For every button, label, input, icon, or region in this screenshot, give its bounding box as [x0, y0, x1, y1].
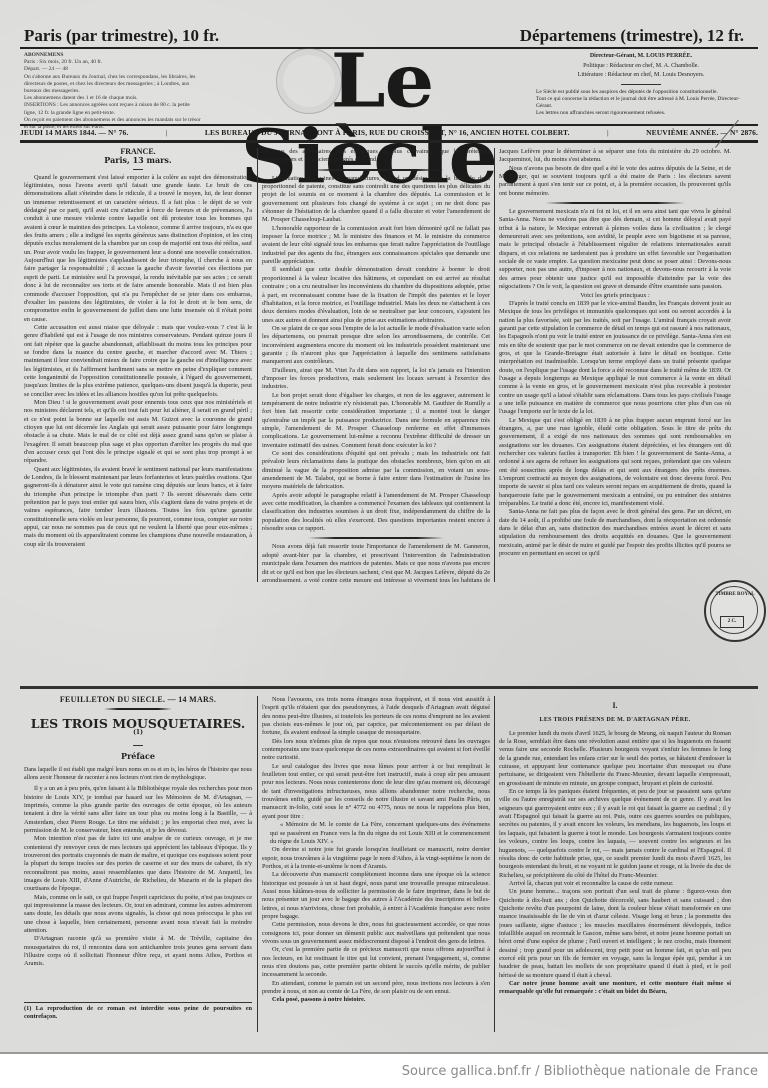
article-paragraph: D'après le traité conclu en 1839 par le …	[499, 300, 731, 417]
column-divider	[494, 148, 495, 582]
article-paragraph: Nous avons déjà fait ressortir toute l'i…	[262, 543, 490, 582]
novel-paragraph: Le seul catalogue des livres que nous lû…	[262, 763, 490, 821]
article-continuation: en nous des adversaires plus énergiques …	[262, 148, 490, 165]
short-rule	[133, 745, 143, 746]
divider-bar: |	[158, 128, 176, 137]
article-paragraph: D'ailleurs, ainsi que M. Vitet l'a dit d…	[262, 367, 490, 392]
article-paragraph: L'honorable rapporteur de la commission …	[262, 225, 490, 267]
dateline-bottom-rule	[20, 140, 758, 143]
article-paragraph: On se plaint de ce que sous l'empire de …	[262, 325, 490, 367]
novel-quote: « Mémoire de M. le comte de La Fère, con…	[262, 821, 490, 846]
section-dateline: Paris, 13 mars.	[24, 156, 252, 164]
article-paragraph: Le gouvernement mexicain n'a ni foi ni l…	[499, 208, 731, 291]
feuilleton-separator	[20, 686, 758, 689]
price-paris: Paris (par trimestre), 10 fr.	[24, 26, 219, 46]
note-1: Le Siècle est publié sous les auspices d…	[536, 89, 746, 96]
novel-paragraph: Cette permission, nous devons le dire, n…	[262, 921, 490, 946]
editors-block: Directeur-Gérant, M. LOUIS PERRÉE. Polit…	[536, 52, 746, 117]
editors-divider	[621, 84, 661, 85]
article-continuation: Jacques Lefèvre pour le déterminer à se …	[499, 148, 731, 165]
subscriptions-insertions: INSERTIONS : Les annonces agréées sont r…	[24, 102, 202, 116]
novel-paragraph: Mais, comme on le sait, ce qui frappe l'…	[24, 894, 252, 936]
article-divider	[545, 202, 684, 204]
novel-paragraph: D'Artagnan raconte qu'à sa première visi…	[24, 935, 252, 968]
politique-editor: Politique : Rédacteur en chef, M. A. Cha…	[536, 62, 746, 72]
note-2: Tout ce qui concerne la rédaction et le …	[536, 96, 746, 110]
issue-date: JEUDI 14 MARS 1844. — N° 76.	[20, 128, 128, 137]
article-paragraph: Nous n'avons pas besoin de dire quel a é…	[499, 165, 731, 198]
article-paragraph: Ce sont des considérations d'équité qui …	[262, 450, 490, 492]
article-paragraph: Cette accusation est aussi niaise que dé…	[24, 324, 252, 399]
director-line: Directeur-Gérant, M. LOUIS PERRÉE.	[536, 52, 746, 62]
article-paragraph: Quand le gouvernement s'est laissé empor…	[24, 174, 252, 324]
article-paragraph: Après avoir adopté le paragraphe relatif…	[262, 492, 490, 534]
royal-stamp-postmark: TIMBRE ROYAL 2 C.	[704, 580, 766, 642]
footnote-mark: (1)	[133, 729, 143, 736]
price-departements: Départemens (trimestre), 12 fr.	[520, 26, 744, 46]
novel-paragraph: Le premier lundi du mois d'avril 1625, l…	[499, 730, 731, 788]
newspaper-page: Paris (par trimestre), 10 fr. Départemen…	[0, 0, 768, 1052]
novel-paragraph: Un jeune homme... traçons son portrait d…	[499, 888, 731, 980]
feuilleton-column-3: I. LES TROIS PRÉSENS DE M. D'ARTAGNAN PÈ…	[499, 696, 731, 1032]
footnote: (1) La reproduction de ce roman est inte…	[24, 1005, 252, 1025]
dateline: JEUDI 14 MARS 1844. — N° 76. | LES BUREA…	[20, 128, 758, 137]
novel-title: LES TROIS MOUSQUETAIRES. (1)	[24, 720, 252, 739]
litterature-editor: Littérature : Rédacteur en chef, M. Loui…	[536, 71, 746, 81]
preface-title: Préface	[24, 752, 252, 760]
novel-paragraph: En ce temps là les paniques étaient fréq…	[499, 788, 731, 880]
postmark-value: 2 C.	[720, 616, 744, 628]
subscriptions-text2: Les abonnemens datent des 1 et 16 de cha…	[24, 95, 202, 102]
preface-intro: Dans laquelle il est établi que malgré l…	[24, 766, 252, 783]
article-paragraph: Quant aux légitimistes, ils avaient brav…	[24, 466, 252, 549]
subscriptions-line2: Départ. — 24 — 48	[24, 66, 202, 73]
article-paragraph: Il semblait que cette double démonstrati…	[262, 266, 490, 324]
article-divider	[308, 169, 445, 171]
chapter-title: LES TROIS PRÉSENS DE M. D'ARTAGNAN PÈRE.	[499, 716, 731, 724]
source-credit: Source gallica.bnf.fr / Bibliothèque nat…	[402, 1064, 758, 1079]
novel-paragraph: La découverte d'un manuscrit complètemen…	[262, 871, 490, 921]
novel-paragraph: Or, c'est la première partie de ce préci…	[262, 946, 490, 979]
article-divider	[308, 537, 445, 539]
subscriptions-info: ABONNEMENS Paris : Six mois, 20 fr. Un a…	[24, 52, 202, 131]
short-rule	[133, 169, 143, 170]
column-divider	[494, 696, 495, 1032]
feuilleton-column-1: FEUILLETON DU SIÈCLE. — 14 MARS. LES TRO…	[24, 696, 252, 1000]
chapter-number: I.	[499, 702, 731, 710]
header-rule	[104, 708, 172, 710]
article-paragraph: Le Mexique qui s'est obligé en 1839 à ne…	[499, 417, 731, 509]
subscriptions-line1: Paris : Six mois, 20 fr. Un an, 40 fr.	[24, 59, 202, 66]
divider-bar: |	[599, 128, 617, 137]
novel-paragraph: Arrivé là, chacun put voir et reconnaîtr…	[499, 880, 731, 888]
postmark-label: TIMBRE ROYAL	[706, 592, 764, 597]
politics-column-3: Jacques Lefèvre pour le déterminer à se …	[499, 148, 731, 582]
article-paragraph: Le bon projet serait donc d'égaliser les…	[262, 392, 490, 450]
novel-paragraph: Il y a un an à peu près, qu'en faisant à…	[24, 785, 252, 835]
novel-paragraph: Dès lors nous n'eûmes plus de repos que …	[262, 738, 490, 763]
novel-paragraph: Nous l'avouons, ces trois noms étranges …	[262, 696, 490, 738]
office-address: LES BUREAUX DU JOURNAL SONT À PARIS, RUE…	[205, 128, 570, 137]
novel-paragraph: Mon intention n'est pas de faire ici une…	[24, 835, 252, 893]
article-paragraph: Santa-Anna ne fait pas plus de façon ave…	[499, 508, 731, 558]
subscriptions-text1: On s'abonne aux Bureaux du Journal, chez…	[24, 74, 202, 96]
footnote-rule	[24, 1002, 252, 1003]
feuilleton-column-2: Nous l'avouons, ces trois noms étranges …	[262, 696, 490, 1032]
politics-column-2: en nous des adversaires plus énergiques …	[262, 148, 490, 582]
novel-paragraph: En attendant, comme le parrain est un se…	[262, 980, 490, 997]
viewer-footer-rule	[0, 1052, 768, 1054]
subscriptions-label: ABONNEMENS	[24, 52, 63, 58]
article-paragraph: Voici les griefs principaux :	[499, 292, 731, 300]
article-paragraph: Mon Dieu ! si le gouvernement avait pour…	[24, 399, 252, 466]
column-divider	[257, 696, 258, 1032]
novel-paragraph: Car notre jeune homme avait une monture,…	[499, 980, 731, 997]
feuilleton-header: FEUILLETON DU SIÈCLE. — 14 MARS.	[24, 696, 252, 704]
novel-paragraph: On devine si notre joie fut grande lorsq…	[262, 846, 490, 871]
politics-column-1: FRANCE. Paris, 13 mars. Quand le gouvern…	[24, 148, 252, 582]
column-divider	[257, 148, 258, 582]
dateline-top-rule	[20, 124, 758, 126]
article-paragraph: L'évaluation des usines et manufactures,…	[262, 175, 490, 225]
issue-number: NEUVIÈME ANNÉE. — N° 2876.	[646, 128, 758, 137]
novel-paragraph: Cela posé, passons à notre histoire.	[262, 996, 490, 1004]
note-3: Les lettres non affranchies seront rigou…	[536, 110, 746, 117]
